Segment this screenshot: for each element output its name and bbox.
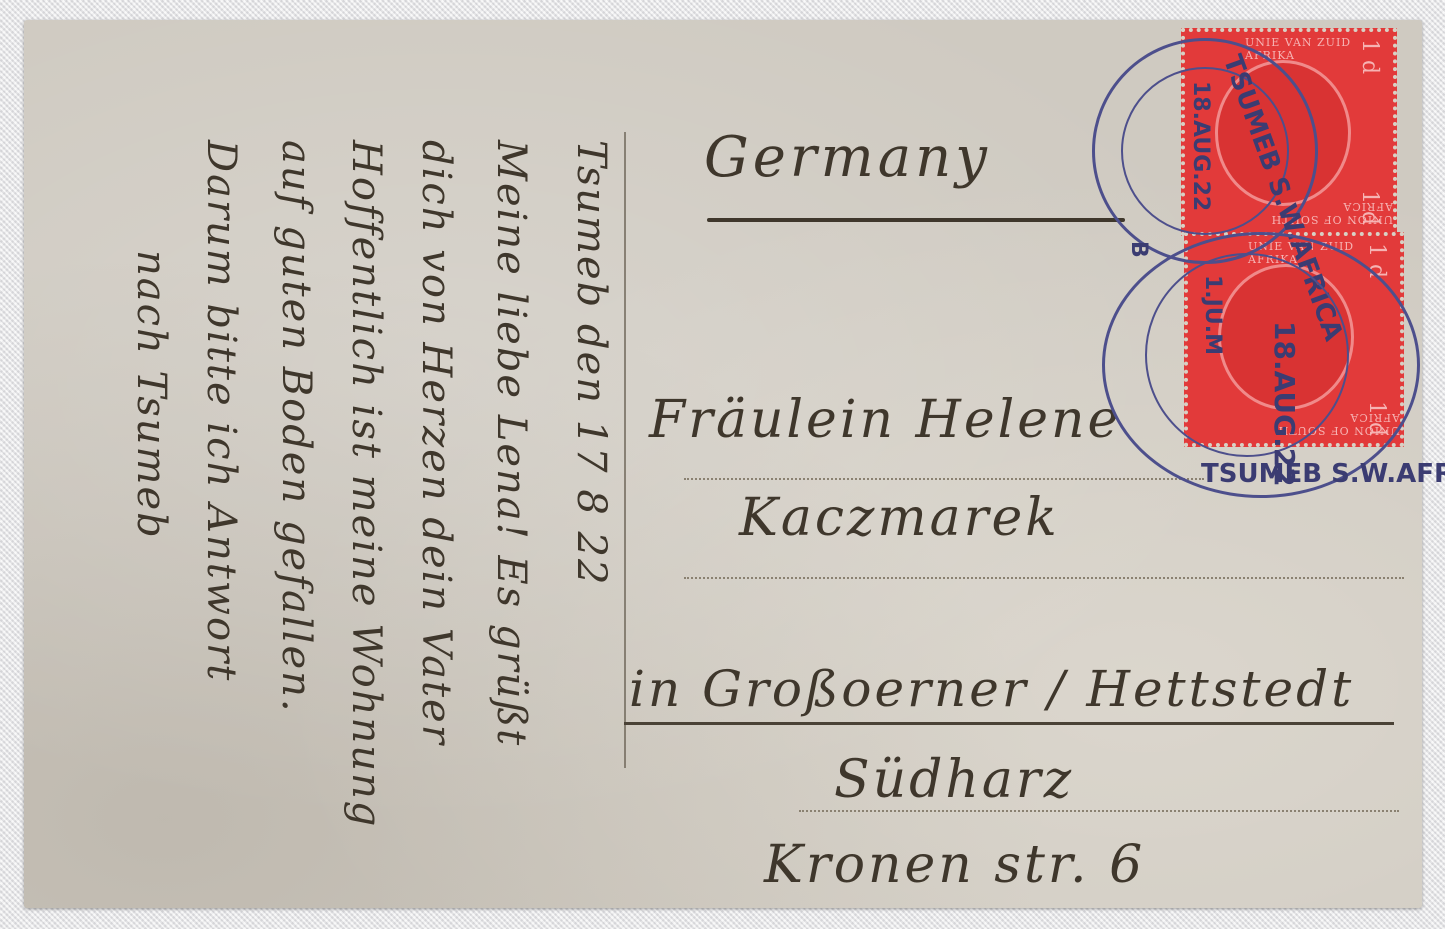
recipient-street: Kronen str. 6 <box>764 835 1145 895</box>
message-line: Meine liebe Lena! Es grüßt <box>488 140 534 747</box>
message-line: Hoffentlich ist meine Wohnung <box>343 140 389 828</box>
recipient-region: Südharz <box>834 750 1074 810</box>
message-line: auf guten Boden gefallen. <box>273 140 319 714</box>
address-guide-line <box>799 810 1399 812</box>
center-divider <box>624 132 626 768</box>
stamp-value: 1 d <box>1357 39 1382 74</box>
stamp-value: 1 d <box>1357 190 1382 225</box>
postmark-upper: TSUMEB S.W.AFRICA 18.AUG.22 B <box>1092 38 1318 264</box>
destination-country: Germany <box>704 125 991 190</box>
postmark-inner-ring <box>1145 253 1349 457</box>
message-signature-line: nach Tsumeb <box>128 250 174 540</box>
postmark-date: 18.AUG.22 <box>1188 81 1213 211</box>
address-guide-line <box>684 577 1404 579</box>
handwritten-message: Tsumeb den 17 8 22 Meine liebe Lena! Es … <box>84 110 644 890</box>
postcard: Tsumeb den 17 8 22 Meine liebe Lena! Es … <box>24 20 1422 908</box>
recipient-town: in Großoerner / Hettstedt <box>629 660 1354 718</box>
message-line: dich von Herzen dein Vater <box>413 140 459 746</box>
postmark-lower: 18.AUG.22 1.JU.M TSUMEB S.W.AFRICA <box>1102 232 1420 498</box>
postmark-code: B <box>1126 241 1151 258</box>
recipient-name: Fräulein Helene <box>649 390 1121 450</box>
message-line: Darum bitte ich Antwort <box>198 140 244 682</box>
country-underline <box>707 218 1125 222</box>
address-solid-line <box>624 722 1394 725</box>
recipient-surname: Kaczmarek <box>739 488 1060 548</box>
message-date-line: Tsumeb den 17 8 22 <box>568 140 614 586</box>
postmark-code: 1.JU.M <box>1200 275 1225 355</box>
postmark-ring-text: TSUMEB S.W.AFRICA <box>1201 459 1445 489</box>
address-guide-line <box>684 478 1204 480</box>
